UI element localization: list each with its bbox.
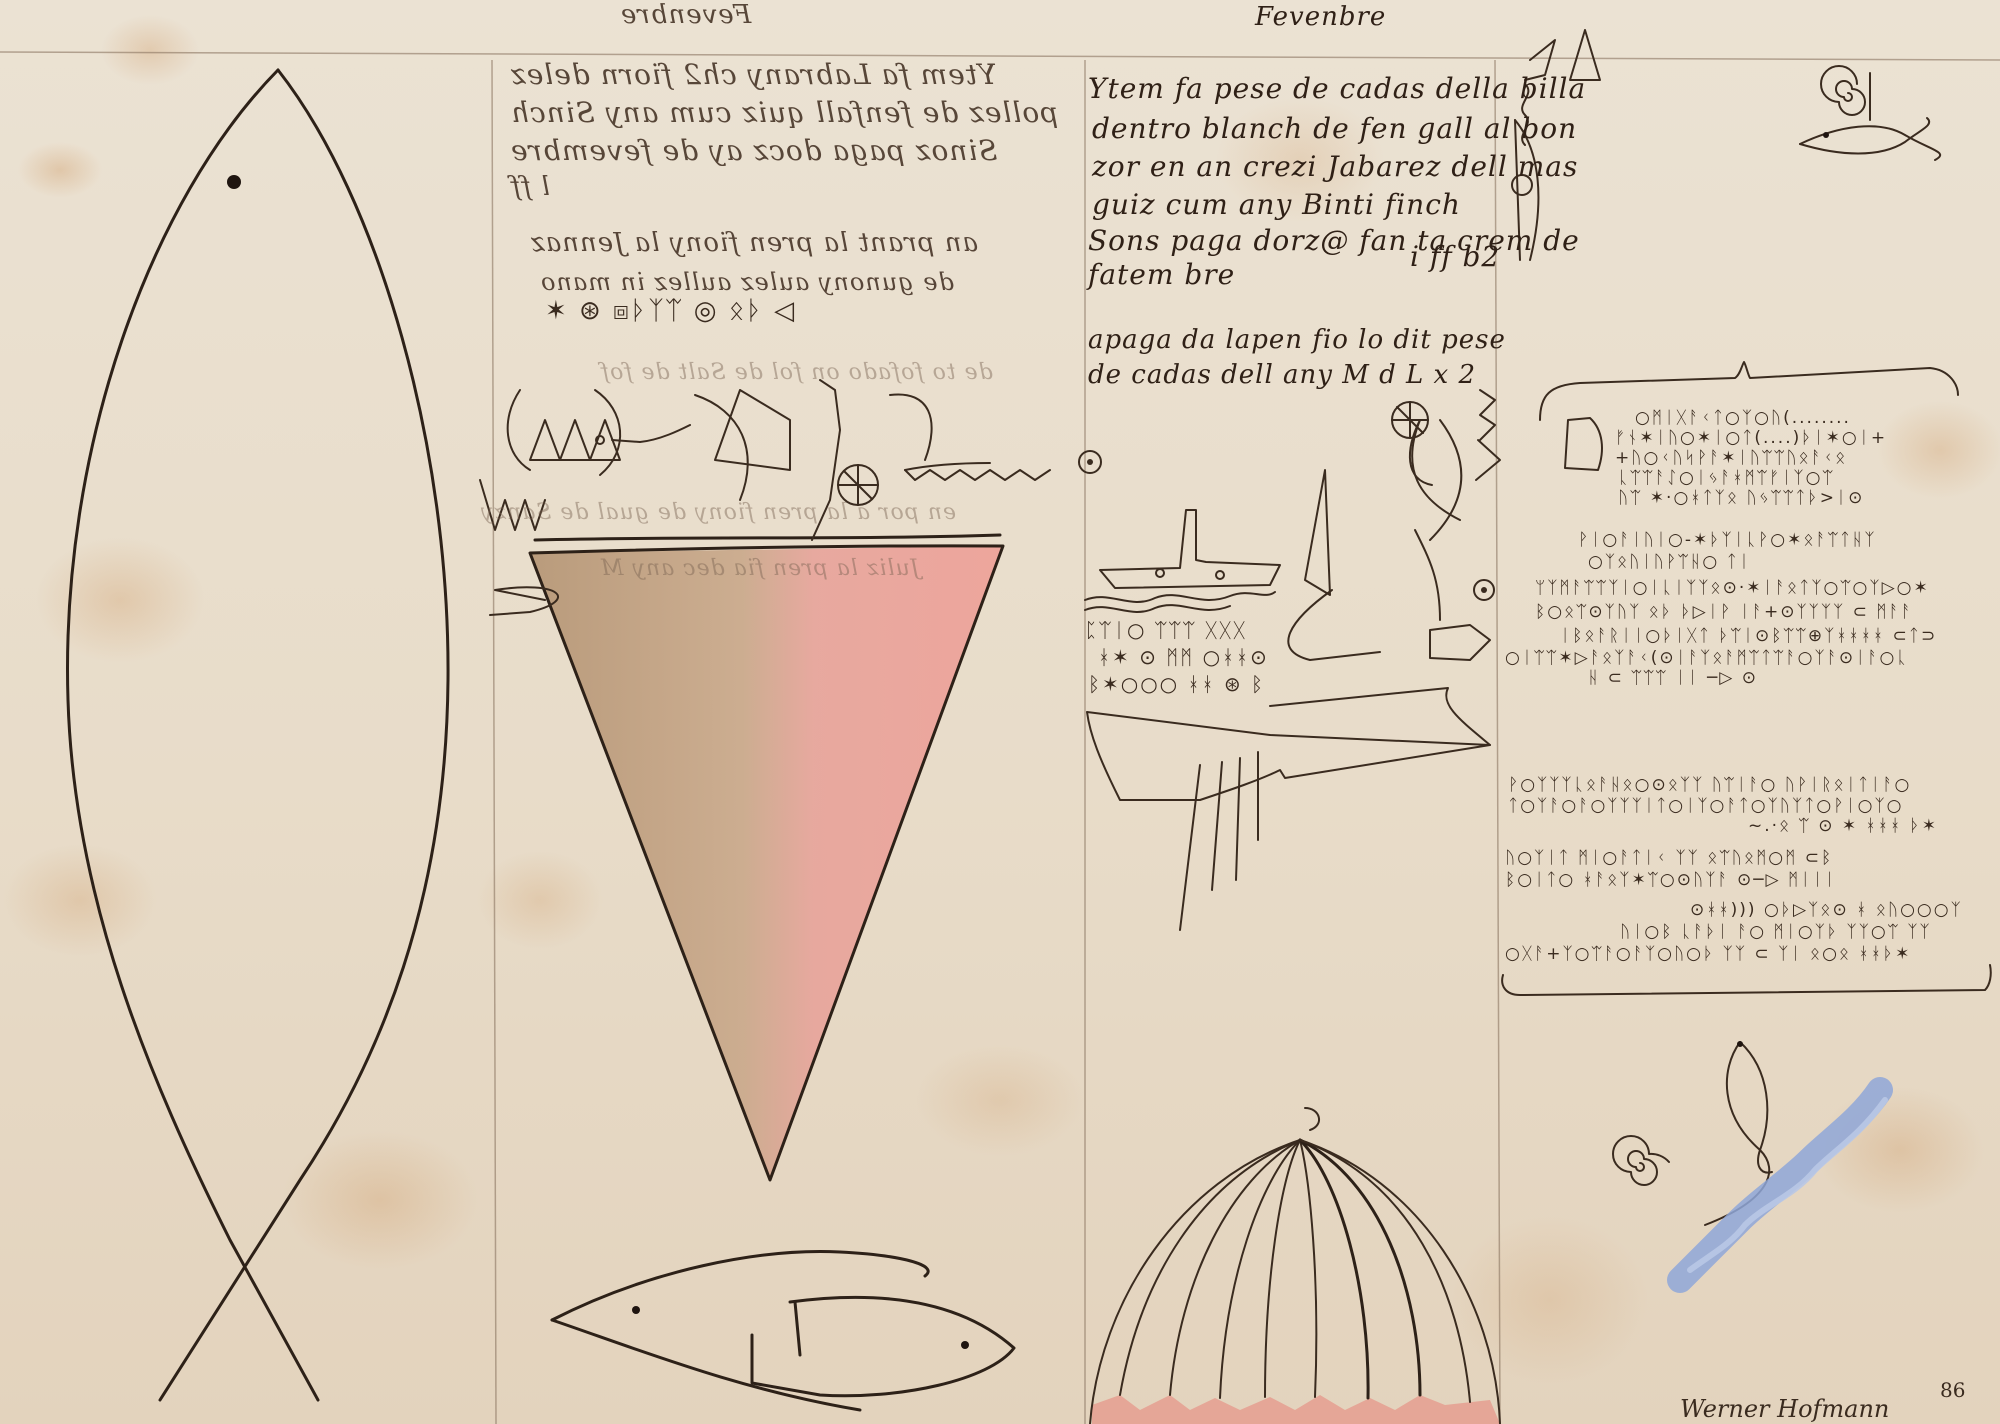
script-line: ᛒ○ᛁᛏ○ ᚼᚨᛟᛉ✶ᛠ○⊙ᚢᛉᚨ ⊙─▷ ᛗᛁᛁᛁ <box>1505 870 1837 890</box>
script-line: ○ᛉᛟᚢᛁᚢᚹᛠᚺ○ ᛏᛁ <box>1588 552 1751 572</box>
script-line: ᛏ○ᛉᚨ○ᚨ○ᛉᛉᛉᛁᛏ○ᛁᛉ○ᚨᛏ○ᛉᚢᛉᛏ○ᚹᛁ○ᛉ○ <box>1508 796 1904 816</box>
artwork-canvas: Fevenbre Ytem fa Labrany ch2 fiorn delez… <box>0 0 2000 1424</box>
artist-signature: Werner Hofmann <box>1680 1395 1889 1423</box>
script-line: ᛁᛒᛟᚨᚱᛁᛁ○ᚦᛁᚷᛏ ᚦᛠᛁ⊙ᛒᛠᛠ⊕ᛉᚼᚼᚼᚼ ⊂ᛏ⊃ <box>1560 626 1937 646</box>
script-line: ᚹᛁ○ᚨᛁᚢᛁ○-✶ᚦᛉᛁᚳᚹ○✶ᛟᚨᛠᛏᚺᛉ <box>1578 530 1877 550</box>
script-line: ᚢ○ᛉᛁᛏ ᛗᛁ○ᚨᛏᛁᚲ ᛉᛉ ᛟᛠᚢᛟᛗ○ᛗ ⊂ᛒ <box>1505 848 1833 868</box>
script-line: ᚢᛁ○ᛒ ᚳᚨᚦᛁ ᚨ○ ᛗᛁ○ᛉᚦ ᛉᛉ○ᛠ ᛉᛉ <box>1620 922 1932 942</box>
bottom-brace <box>1502 965 1991 995</box>
script-line: ᚹ○ᛉᛉᛉᚳᛟᚨᚺᛟ○⊙ᛟᛉᛉ ᚢᛠᛁᚨ○ ᚢᚹᛁᚱᛟᛁᛏᛁᚨ○ <box>1508 775 1911 795</box>
script-line: ᚠᚾ✶ᛁᚢ○✶ᛁ○ᛏ(....)ᚦᛁ✶○ᛁ+ <box>1615 428 1887 448</box>
script-line: ᚢᛠ ✶·○ᚼᛏᛉᛟ ᚢᛃᛠᛠᛏᚦ>ᛁ⊙ <box>1618 488 1864 508</box>
script-line: ~.·ᛟ ᛠ ⊙ ✶ ᚼᚼᚼ ᚦ✶ <box>1748 816 1938 836</box>
bracket-layer <box>0 0 2000 1424</box>
script-line: ○ᛗᛁᚷᚨᚲᛏ○ᛉ○ᚢ(........ <box>1635 408 1851 428</box>
script-line: ⊙ᚼᚼ))) ○ᚦ▷ᛉᛟ⊙ ᚼ ᛟᚢ○○○ᛉ <box>1690 900 1963 920</box>
script-line: ○ᛁᛠᛠ✶▷ᚨᛟᛉᚨᚲ(⊙ᛁᚨᛉᛟᚨᛗᛠᛏᛠᚨ○ᛉᚨ⊙ᛁᚨ○ᚳ <box>1505 648 1909 668</box>
boat-glyph-icon <box>1565 418 1602 470</box>
script-line: ᛘᛉᛗᚨᛠᛠᛉᛁ○ᛁᚳᛁᛉᛉᛟ⊙·✶ᛁᚨᛟᛏᛉ○ᛠ○ᛉ▷○✶ <box>1535 578 1930 598</box>
script-line: ᛒ○ᛟᛠ⊙ᛉᚢᛉ ᛟᚦ ᚦ▷ᛁᚹ ᛁᚨ+⊙ᛉᛉᛉᛉ ⊂ ᛗᚨᚨ <box>1535 602 1913 622</box>
signature-year: 86 <box>1940 1378 1965 1402</box>
script-line: ᚺ ⊂ ᛠᛠᛠ ᛁᛁ ─▷ ⊙ <box>1588 668 1758 688</box>
script-line: +ᚢ○ᚲᚢᛋᚹᚨ✶ᛁᚢᛠᛠᚢᛟᚨᚲᛟ <box>1615 448 1847 468</box>
script-line: ○ᚷᚨ+ᛉ○ᛠᚨ○ᚨᛉ○ᚢ○ᚦ ᛉᛉ ⊂ ᛉᛁ ᛟ○ᛟ ᚼᚼᚦ✶ <box>1505 944 1911 964</box>
script-line: ᚳᛠᛠᚨᛇ○ᛁᛃᚨᚼᛗᛠᚠᛁᛉ○ᛠ <box>1618 468 1835 488</box>
